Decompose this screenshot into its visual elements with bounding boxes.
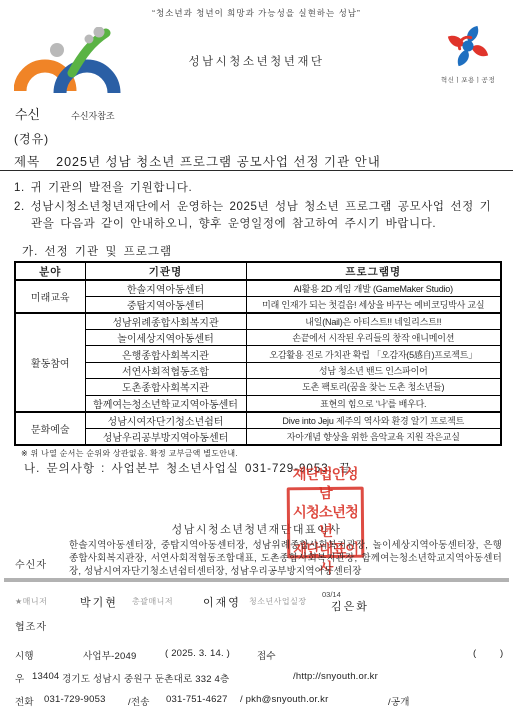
paragraph-1: 1. 귀 기관의 발전을 기원합니다.: [14, 180, 192, 197]
tel-number: 031-729-9053: [44, 694, 106, 705]
paragraph-2: 2. 성남시청소년청년재단에서 운영하는 2025년 성남 청소년 프로그램 공…: [14, 199, 502, 234]
table-row: 서연사회적협동조합 성남 청소년 밴드 인스파이어: [15, 362, 501, 378]
header-org: 기관명: [85, 262, 246, 280]
table-row: 성남우리공부방지역아동센터 자아개념 향상을 위한 음악교육 지원 작은교실: [15, 428, 501, 445]
org-cell: 성남우리공부방지역아동센터: [85, 428, 246, 445]
emblem-caption: 혁신ㅣ포용ㅣ공정: [437, 75, 499, 84]
cooperator-label: 협조자: [15, 618, 47, 633]
category-cell: 활동참여: [15, 313, 85, 412]
receipt-paren-close: ): [500, 648, 503, 659]
subject-value: 2025년 성남 청소년 프로그램 공모사업 선정 기관 안내: [56, 155, 381, 169]
program-cell: 자아개념 향상을 위한 음악교육 지원 작은교실: [246, 428, 501, 445]
receipt-paren-open: (: [473, 648, 476, 659]
category-cell: 미래교육: [15, 280, 85, 313]
table-row: 중탑지역아동센터 미래 인재가 되는 첫걸음! 세상을 바꾸는 예비코딩박사 교…: [15, 297, 501, 314]
recipients-label: 수신자: [15, 556, 47, 571]
org-cell: 중탑지역아동센터: [85, 297, 246, 314]
recipient-value: 수신자참조: [71, 111, 114, 121]
table-footnote: ※ 위 나열 순서는 순위와 상관없음. 확정 교부금액 별도안내.: [21, 448, 238, 459]
fax-label: /전송: [128, 694, 150, 708]
section-divider-bar: [4, 578, 509, 582]
subject-label: 제목: [14, 155, 40, 169]
recipient-line: 수신수신자참조: [15, 104, 115, 123]
table-row: 놀이세상지역아동센터 손끝에서 시작된 우리들의 창작 애니메이션: [15, 330, 501, 346]
approver-title: 총괄매니저: [132, 596, 173, 607]
zip-code: 13404: [32, 671, 59, 682]
org-cell: 도촌종합사회복지관: [85, 379, 246, 395]
program-cell: Dive into Jeju 제주의 역사와 환경 알기 프로젝트: [246, 412, 501, 429]
seal-line: 시청소년청년: [290, 503, 361, 541]
org-cell: 놀이세상지역아동센터: [85, 330, 246, 346]
approver-title: ★매니저: [15, 596, 47, 607]
via-line: (경유): [14, 130, 49, 147]
table-header-row: 분야 기관명 프로그램명: [15, 262, 501, 280]
approver-name: 김은화: [331, 598, 369, 614]
email-text: / pkh@snyouth.or.kr: [240, 694, 328, 705]
approver-name: 이재영: [203, 594, 241, 610]
org-cell: 서연사회적협동조합: [85, 362, 246, 378]
recipients-list: 한솔지역아동센터장, 중탑지역아동센터장, 성남위례종합사회복지관장, 놀이세상…: [69, 539, 502, 578]
exec-doc-no: 사업부-2049: [83, 648, 136, 662]
fax-number: 031-751-4627: [166, 694, 228, 705]
slogan-text: “청소년과 청년이 희망과 가능성을 실현하는 성남”: [0, 7, 513, 19]
city-emblem: 혁신ㅣ포용ㅣ공정: [437, 20, 499, 84]
recipient-label: 수신: [15, 107, 40, 122]
program-cell: 손끝에서 시작된 우리들의 창작 애니메이션: [246, 330, 501, 346]
section-a-heading: 가. 선정 기관 및 프로그램: [22, 243, 172, 259]
exec-label: 시행: [15, 648, 34, 662]
program-cell: 미래 인재가 되는 첫걸음! 세상을 바꾸는 예비코딩박사 교실: [246, 297, 501, 314]
program-cell: 오감활용 진로 가치관 확립 「오감자(5感自)프로젝트」: [246, 346, 501, 362]
approver-title: 청소년사업실장: [249, 596, 307, 607]
exec-date: ( 2025. 3. 14. ): [165, 648, 230, 659]
table-row: 은행종합사회복지관 오감활용 진로 가치관 확립 「오감자(5感自)프로젝트」: [15, 346, 501, 362]
zip-label: 우: [15, 671, 24, 685]
program-cell: AI활용 2D 게임 개발 (GameMaker Studio): [246, 280, 501, 297]
title-divider: [0, 170, 513, 171]
tel-label: 전화: [15, 694, 34, 708]
org-cell: 함께여는청소년학교지역아동센터: [85, 395, 246, 412]
address-text: 경기도 성남시 중원구 둔촌대로 332 4층: [62, 671, 229, 685]
program-cell: 내일(Nail)은 아티스트!! 네일리스트!!: [246, 313, 501, 330]
receipt-label: 접수: [257, 648, 276, 662]
table-row: 도촌종합사회복지관 도촌 팩토리(꿈을 찾는 도촌 청소년들): [15, 379, 501, 395]
signature-org-title: 성남시청소년청년재단대표이사: [0, 521, 513, 537]
approver-name: 박기현: [80, 594, 118, 610]
header-program: 프로그램명: [246, 262, 501, 280]
program-cell: 도촌 팩토리(꿈을 찾는 도촌 청소년들): [246, 379, 501, 395]
org-cell: 성남위례종합사회복지관: [85, 313, 246, 330]
disclosure-text: /공개: [388, 694, 410, 708]
program-cell: 표현의 힘으로 ‘나’를 배우다.: [246, 395, 501, 412]
table-row: 활동참여 성남위례종합사회복지관 내일(Nail)은 아티스트!! 네일리스트!…: [15, 313, 501, 330]
website-url: /http://snyouth.or.kr: [293, 671, 378, 682]
category-cell: 문화예술: [15, 412, 85, 445]
subject-line: 제목2025년 성남 청소년 프로그램 공모사업 선정 기관 안내: [14, 152, 499, 170]
org-cell: 성남시여자단기청소년쉼터: [85, 412, 246, 429]
org-cell: 한솔지역아동센터: [85, 280, 246, 297]
seal-line: 재단법인성남: [290, 466, 361, 504]
table-row: 문화예술 성남시여자단기청소년쉼터 Dive into Jeju 제주의 역사와…: [15, 412, 501, 429]
program-cell: 성남 청소년 밴드 인스파이어: [246, 362, 501, 378]
header-category: 분야: [15, 262, 85, 280]
pinwheel-emblem-icon: [437, 20, 499, 72]
table-row: 미래교육 한솔지역아동센터 AI활용 2D 게임 개발 (GameMaker S…: [15, 280, 501, 297]
table-row: 함께여는청소년학교지역아동센터 표현의 힘으로 ‘나’를 배우다.: [15, 395, 501, 412]
org-cell: 은행종합사회복지관: [85, 346, 246, 362]
program-table: 분야 기관명 프로그램명 미래교육 한솔지역아동센터 AI활용 2D 게임 개발…: [14, 261, 500, 446]
